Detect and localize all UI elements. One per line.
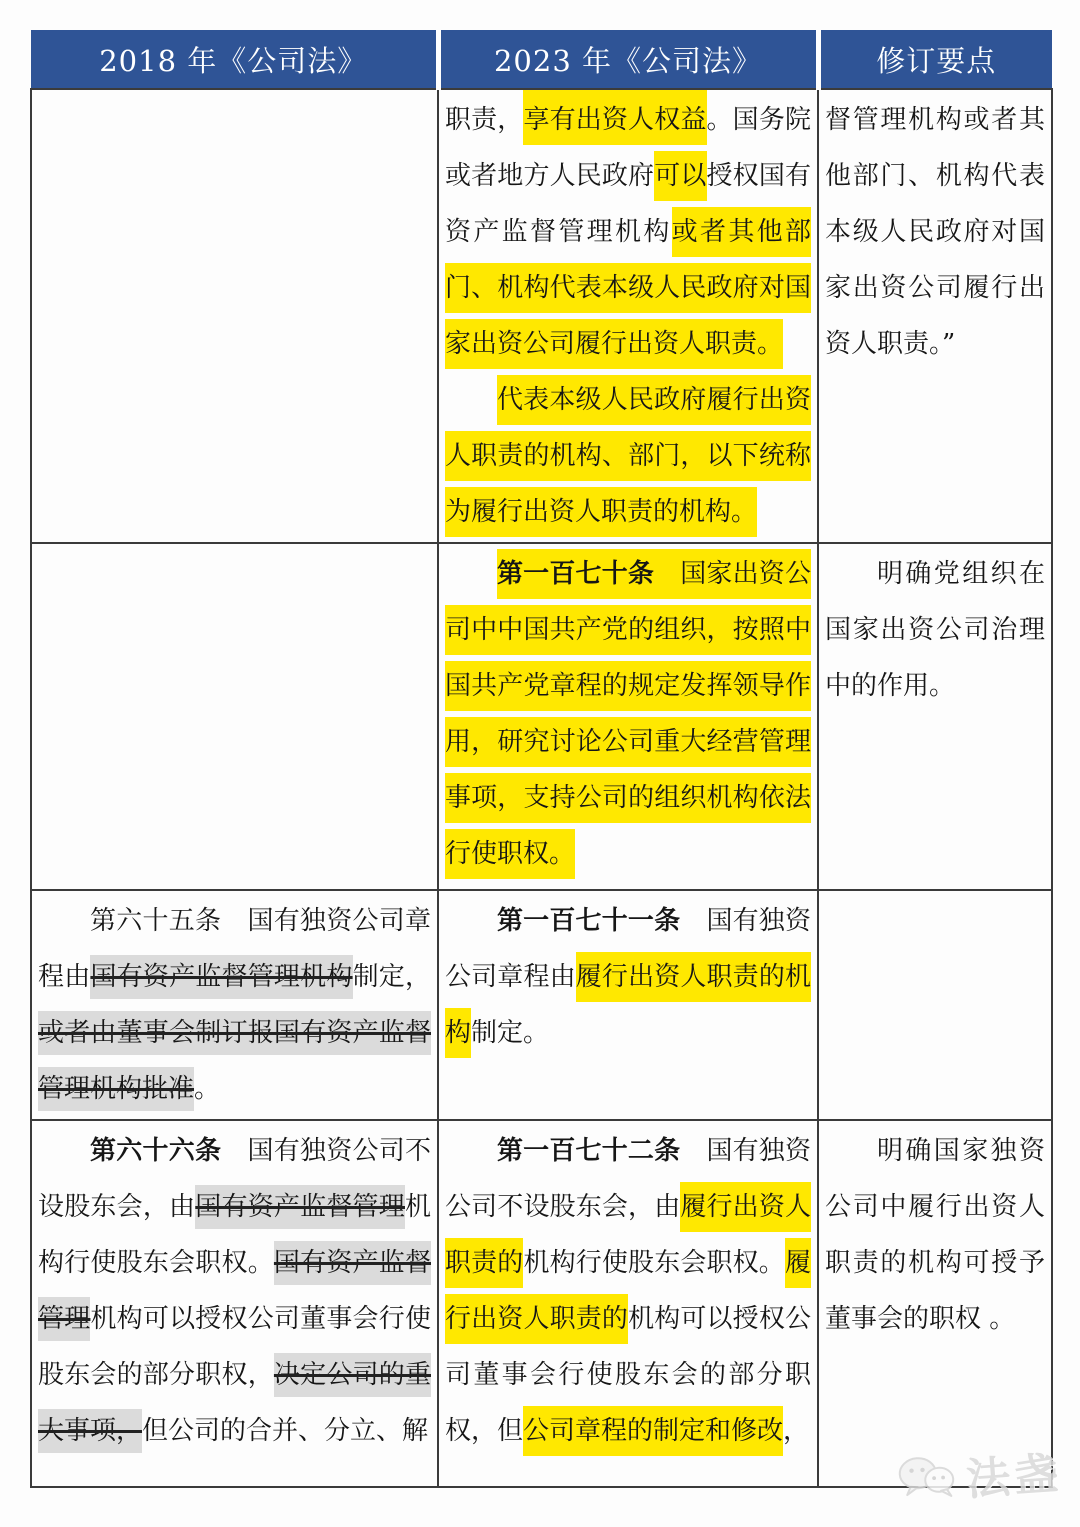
document-page: 2018 年《公司法》 2023 年《公司法》 修订要点 职责，享有出资人权益。…	[0, 0, 1080, 1527]
highlighted-added-text: 代表本级人民政府履行出资人职责的机构、部门，以下统称为履行出资人职责的机构。	[445, 375, 811, 537]
text-segment: 第六十六条	[90, 1136, 221, 1166]
law-comparison-table: 2018 年《公司法》 2023 年《公司法》 修订要点 职责，享有出资人权益。…	[30, 30, 1053, 1488]
text-segment: 。	[194, 1074, 220, 1104]
cell-2018-row2	[31, 543, 438, 890]
table-row: 第一百七十条 国家出资公司中中国共产党的组织，按照中国共产党章程的规定发挥领导作…	[31, 543, 1052, 890]
cell-notes-row4: 明确国家独资公司中履行出资人职责的机构可授予董事会的职权 。	[818, 1120, 1052, 1487]
wechat-logo-icon	[894, 1451, 959, 1507]
strikethrough-deleted-text: 国有资产监督管理	[195, 1185, 405, 1229]
header-notes-column: 修订要点	[818, 30, 1052, 89]
highlighted-added-text: 公司章程的制定和修改	[523, 1406, 783, 1456]
paragraph: 第一百七十一条 国有独资公司章程由履行出资人职责的机构制定。	[445, 893, 811, 1061]
text-segment: 第一百七十二条	[497, 1136, 680, 1166]
text-segment: 明确党组织在国家出资公司治理中的作用。	[825, 559, 1045, 701]
cell-2018-row4: 第六十六条 国有独资公司不设股东会，由国有资产监督管理机构行使股东会职权。国有资…	[31, 1120, 438, 1487]
strikethrough-deleted-text: 或者由董事会制订报国有资产监督管理机构批准	[38, 1011, 431, 1111]
paragraph: 职责，享有出资人权益。国务院或者地方人民政府可以授权国有资产监督管理机构或者其他…	[445, 92, 811, 372]
cell-2023-row4: 第一百七十二条 国有独资公司不设股东会，由履行出资人职责的机构行使股东会职权。履…	[438, 1120, 818, 1487]
header-2023-column: 2023 年《公司法》	[438, 30, 818, 89]
table-row: 职责，享有出资人权益。国务院或者地方人民政府可以授权国有资产监督管理机构或者其他…	[31, 89, 1052, 543]
header-2018-column: 2018 年《公司法》	[31, 30, 438, 89]
paragraph: 明确党组织在国家出资公司治理中的作用。	[825, 546, 1045, 714]
cell-2023-row3: 第一百七十一条 国有独资公司章程由履行出资人职责的机构制定。	[438, 890, 818, 1120]
cell-notes-row2: 明确党组织在国家出资公司治理中的作用。	[818, 543, 1052, 890]
text-segment: 职责，	[445, 105, 523, 135]
cell-2018-row3: 第六十五条 国有独资公司章程由国有资产监督管理机构制定，或者由董事会制订报国有资…	[31, 890, 438, 1120]
paragraph: 第六十五条 国有独资公司章程由国有资产监督管理机构制定，或者由董事会制订报国有资…	[38, 893, 431, 1117]
text-segment: 制定，	[353, 962, 431, 992]
paragraph: 督管理机构或者其他部门、机构代表本级人民政府对国家出资公司履行出资人职责。”	[825, 92, 1045, 372]
paragraph: 第一百七十二条 国有独资公司不设股东会，由履行出资人职责的机构行使股东会职权。履…	[445, 1123, 811, 1459]
text-segment: 明确国家独资公司中履行出资人职责的机构可授予董事会的职权 。	[825, 1136, 1045, 1334]
highlighted-added-text: 可以	[654, 151, 706, 201]
table-row: 第六十五条 国有独资公司章程由国有资产监督管理机构制定，或者由董事会制订报国有资…	[31, 890, 1052, 1120]
text-segment: ，	[783, 1416, 809, 1446]
cell-2023-row1: 职责，享有出资人权益。国务院或者地方人民政府可以授权国有资产监督管理机构或者其他…	[438, 89, 818, 543]
strikethrough-deleted-text: 国有资产监督管理机构	[90, 955, 352, 999]
paragraph: 第六十六条 国有独资公司不设股东会，由国有资产监督管理机构行使股东会职权。国有资…	[38, 1123, 431, 1459]
highlighted-added-text: 享有出资人权益	[523, 89, 706, 145]
table-row: 第六十六条 国有独资公司不设股东会，由国有资产监督管理机构行使股东会职权。国有资…	[31, 1120, 1052, 1487]
watermark-brand-text: 法盏	[964, 1437, 1064, 1508]
cell-notes-row3	[818, 890, 1052, 1120]
text-segment: 机构行使股东会职权。	[523, 1248, 785, 1278]
text-segment: 第一百七十一条	[497, 906, 680, 936]
paragraph: 第一百七十条 国家出资公司中中国共产党的组织，按照中国共产党章程的规定发挥领导作…	[445, 546, 811, 882]
paragraph: 明确国家独资公司中履行出资人职责的机构可授予董事会的职权 。	[825, 1123, 1045, 1347]
cell-notes-row1: 督管理机构或者其他部门、机构代表本级人民政府对国家出资公司履行出资人职责。”	[818, 89, 1052, 543]
cell-2023-row2: 第一百七十条 国家出资公司中中国共产党的组织，按照中国共产党章程的规定发挥领导作…	[438, 543, 818, 890]
text-segment: 督管理机构或者其他部门、机构代表本级人民政府对国家出资公司履行出资人职责。”	[825, 105, 1045, 359]
highlighted-added-text: 第一百七十条	[497, 549, 654, 599]
table-header-row: 2018 年《公司法》 2023 年《公司法》 修订要点	[31, 30, 1052, 89]
cell-2018-row1	[31, 89, 438, 543]
paragraph: 代表本级人民政府履行出资人职责的机构、部门，以下统称为履行出资人职责的机构。	[445, 372, 811, 540]
publisher-watermark: 法盏	[894, 1437, 1064, 1512]
text-segment: 制定。	[471, 1018, 549, 1048]
text-segment: 但公司的合并、分立、解	[142, 1416, 428, 1446]
